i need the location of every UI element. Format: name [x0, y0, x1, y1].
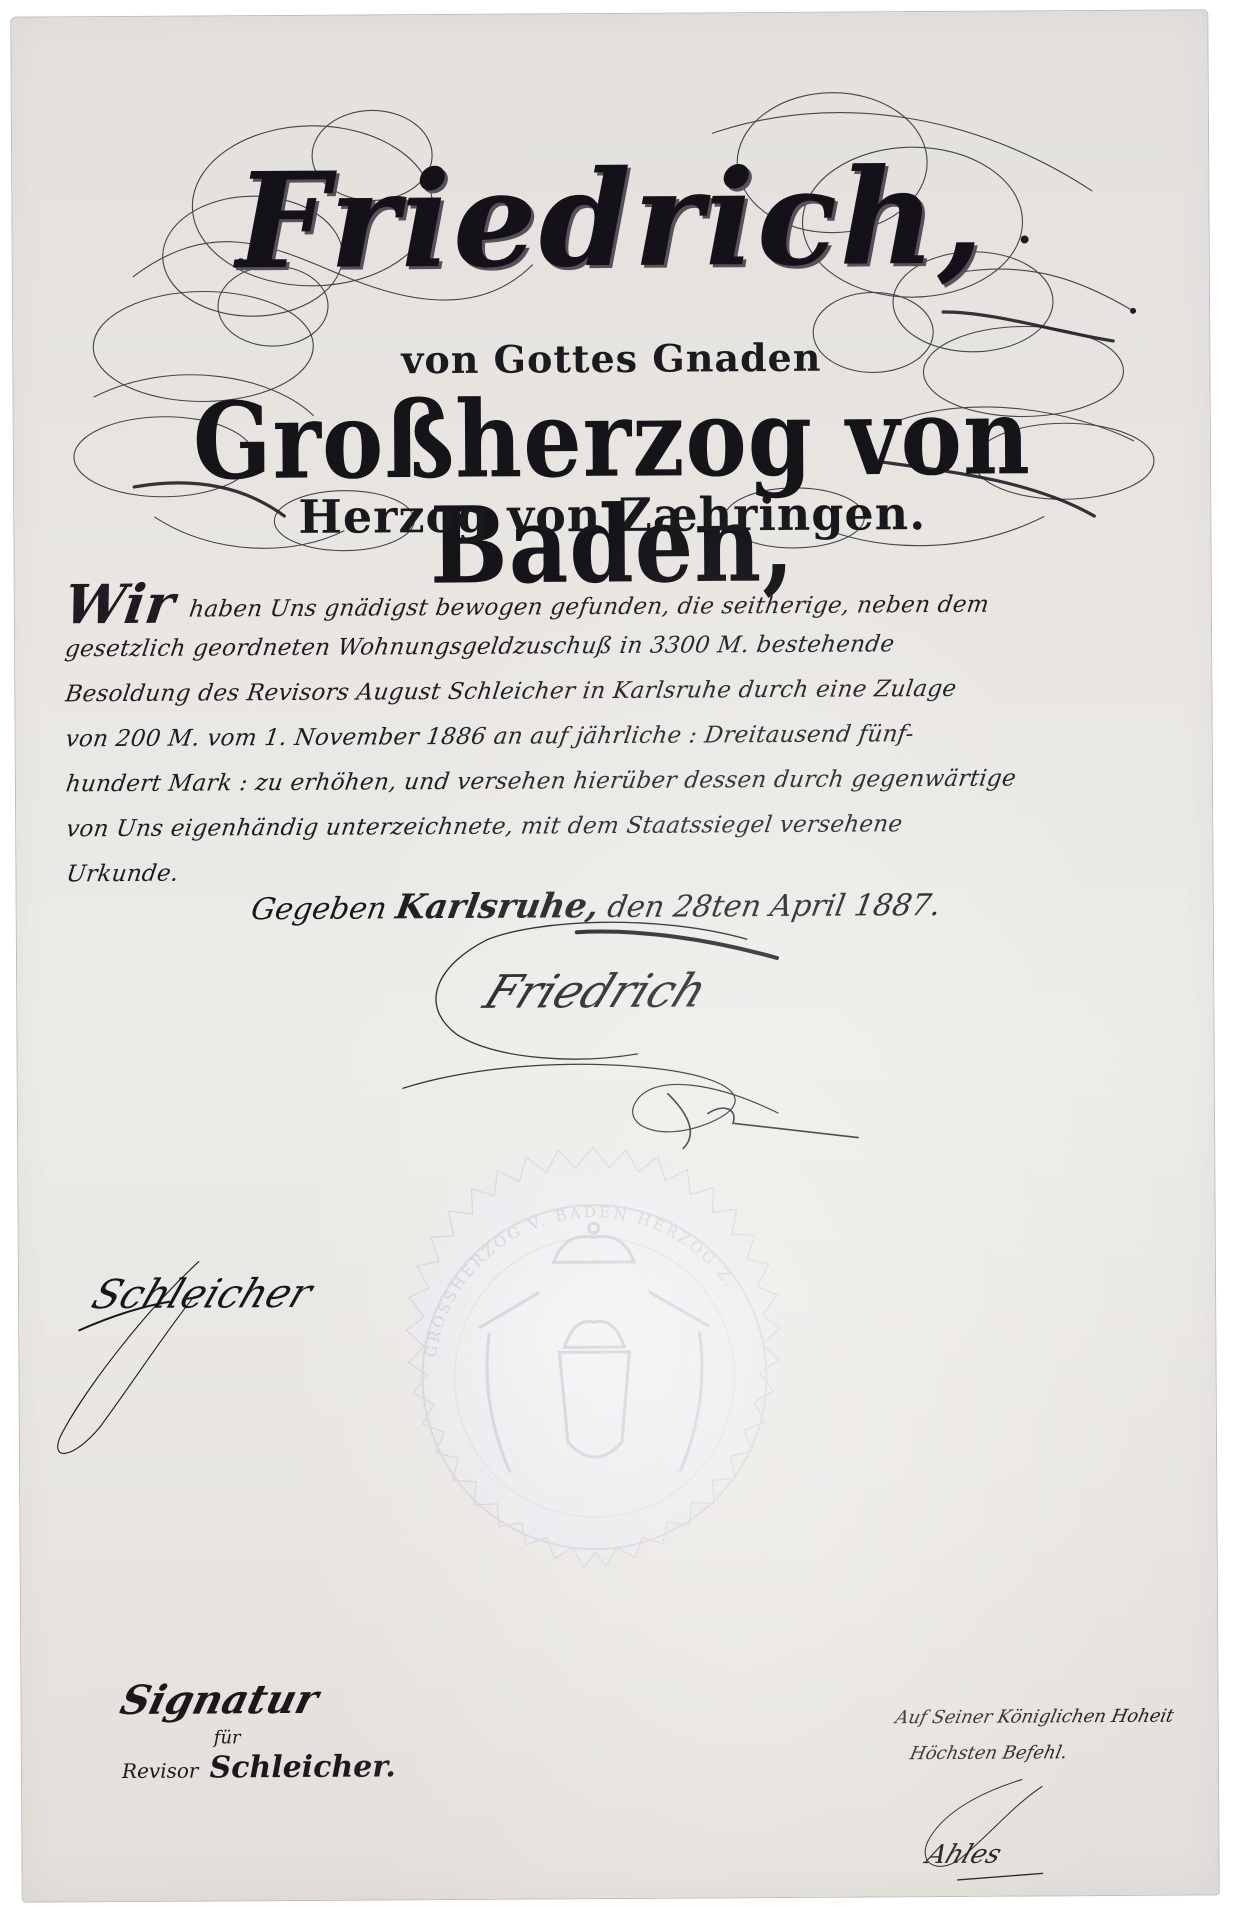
- body-line-4: von 200 M. vom 1. November 1886 an auf j…: [63, 710, 1199, 762]
- ruler-name-heading: Friedrich,: [12, 150, 1209, 289]
- document-sheet: Friedrich, von Gottes Gnaden Großherzog …: [11, 10, 1218, 1901]
- duke-of-zaehringen-title: Herzog von Zæhringen.: [14, 488, 1210, 541]
- body-line-6: von Uns eigenhändig unterzeichnete, mit …: [63, 800, 1199, 852]
- signatur-notation: Signatur für Revisor Schleicher.: [121, 1675, 396, 1786]
- city: Karlsruhe,: [393, 886, 602, 927]
- by-command-note: Auf Seiner Königlichen Hoheit Höchsten B…: [884, 1699, 1177, 1773]
- signatur-for: für: [214, 1726, 396, 1748]
- date: den 28ten April 1887.: [605, 888, 943, 925]
- body-initial-word: Wir: [62, 575, 179, 627]
- body-line-5: hundert Mark : zu erhöhen, und versehen …: [63, 755, 1199, 807]
- body-line-2: gesetzlich geordneten Wohnungsgeldzuschu…: [62, 620, 1198, 672]
- signatur-recipient: Revisor Schleicher.: [122, 1749, 396, 1786]
- decree-body: Wir haben Uns gnädigst bewogen gefunden,…: [65, 575, 1197, 897]
- ruler-signature: Friedrich: [476, 963, 715, 1018]
- body-line-1: Wir haben Uns gnädigst bewogen gefunden,…: [62, 575, 1198, 627]
- document-header: Friedrich, von Gottes Gnaden Großherzog …: [11, 10, 1210, 577]
- embossed-state-seal: GROSSHERZOG V. BADEN HERZOG Z.: [358, 1141, 831, 1614]
- place-and-date: Gegeben Karlsruhe, den 28ten April 1887.: [248, 884, 944, 928]
- countersignature-left: Schleicher: [86, 1271, 318, 1318]
- body-line-3: Besoldung des Revisors August Schleicher…: [62, 665, 1198, 717]
- seal-icon: GROSSHERZOG V. BADEN HERZOG Z.: [358, 1141, 831, 1614]
- signatur-label: Signatur: [116, 1675, 401, 1724]
- countersignature-right: Ahles: [922, 1840, 1005, 1871]
